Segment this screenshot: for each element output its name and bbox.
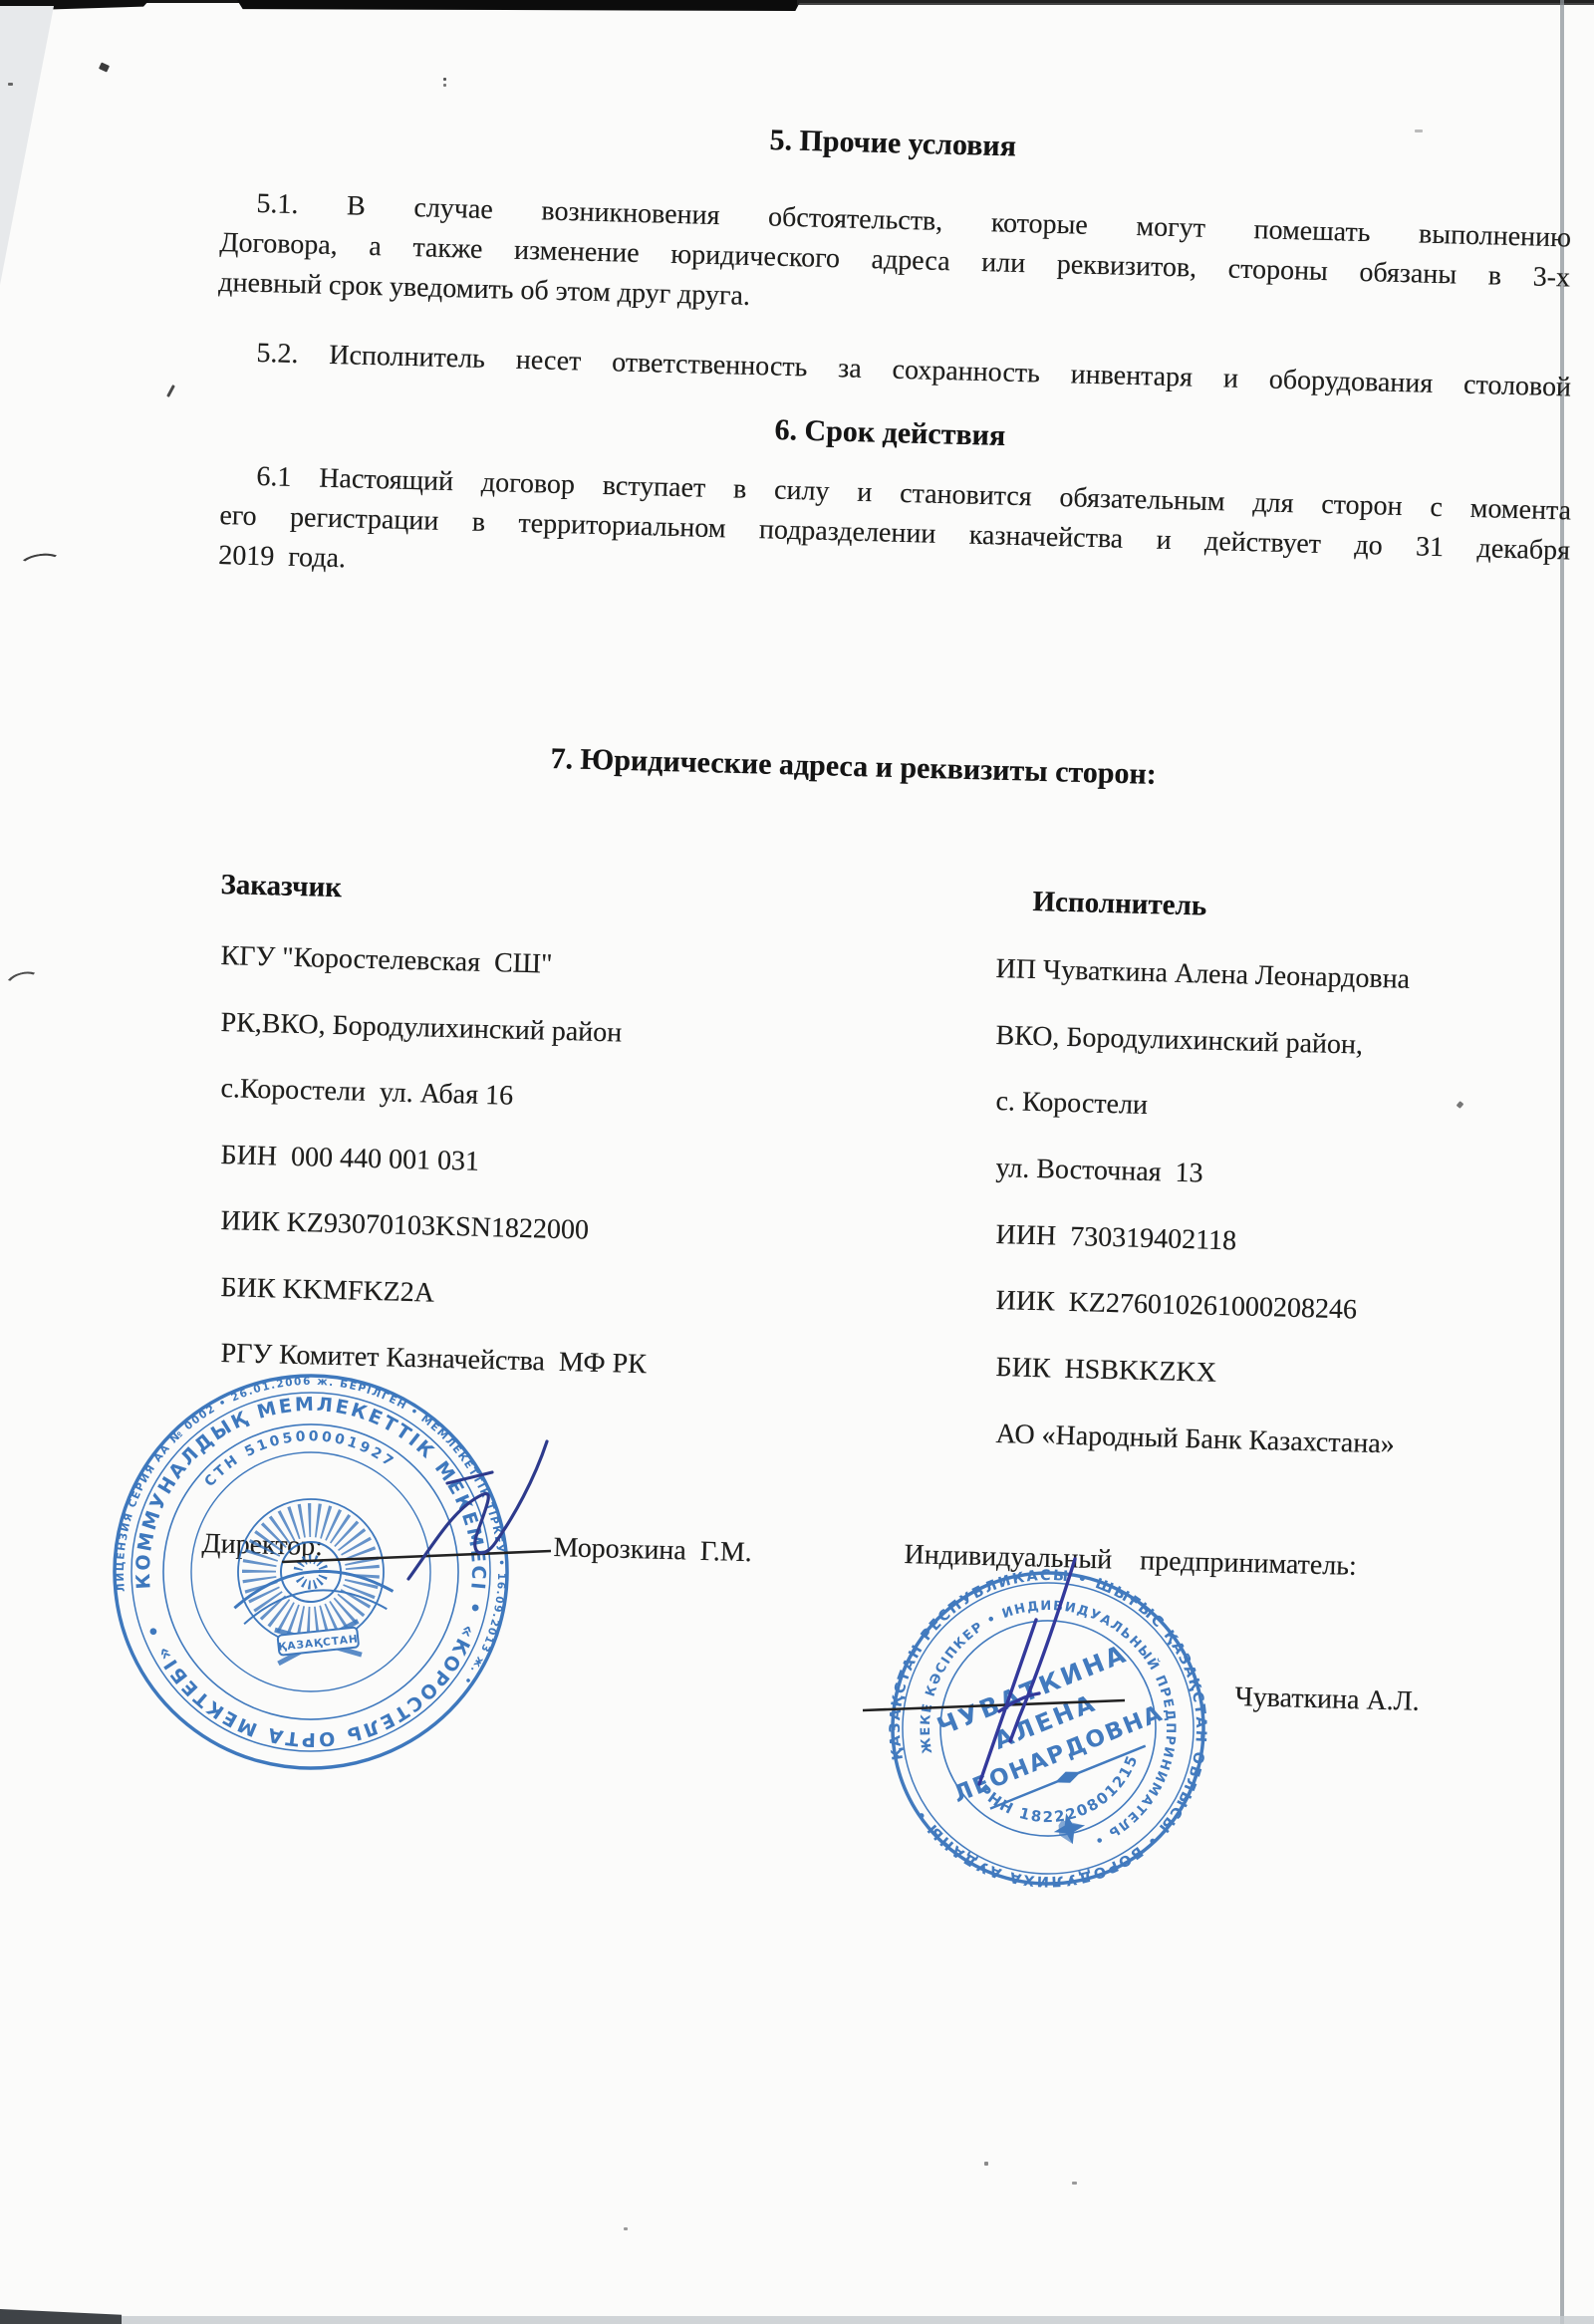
contractor-line: с. Коростели (995, 1086, 1148, 1122)
scan-arc-mark (1, 967, 47, 1003)
stamp-name-line: ЛЕОНАРДОВНА (949, 1700, 1167, 1808)
star-shape (1050, 1810, 1088, 1848)
stamp-main-ring-textpath: КОММУНАЛДЫҚ МЕМЛЕКЕТТІК МЕКЕМЕСІ • «КОРО… (115, 1376, 507, 1768)
clause-5-2: 5.2. Исполнитель несет ответственность з… (220, 333, 1572, 407)
customer-line: БИК KKMFKZ2A (220, 1272, 434, 1310)
scan-arc-mark (17, 551, 66, 580)
stamp-ring (876, 1556, 1220, 1901)
contractor-line: БИК HSBKKZKX (995, 1352, 1216, 1390)
emblem-wing (241, 1583, 387, 1624)
director-signature (408, 1441, 547, 1579)
section-5-heading: 5. Прочие условия (769, 124, 1016, 163)
entrepreneur-stamp: ҚАЗАҚСТАН РЕСПУБЛИКАСЫ • ШЫҒЫС ҚАЗАҚСТАН… (858, 1538, 1238, 1919)
contractor-line: ВКО, Бородулихинский район, (995, 1020, 1363, 1062)
emblem-caption: ҚАЗАҚСТАН (278, 1633, 360, 1653)
scan-top-band-right (797, 0, 1594, 5)
stamp-name-line: ЧУВАТКИНА (933, 1639, 1133, 1741)
emblem-banner (277, 1627, 359, 1655)
customer-line: КГУ "Коростелевская СШ" (220, 940, 553, 981)
scan-corner-shadow (0, 6, 60, 285)
emblem-ring (231, 1492, 391, 1652)
contractor-line: ИП Чуваткина Алена Леонардовна (995, 953, 1410, 996)
stamp-name-underline (990, 1746, 1146, 1809)
stamp-ring (179, 1440, 442, 1703)
stamp-rnn-textpath: РНН 182220801215 (972, 1748, 1152, 1842)
stamp-underline-diamond (1053, 1766, 1083, 1788)
scan-speck (8, 83, 13, 86)
star-icon (1050, 1810, 1088, 1848)
customer-line: ИИК KZ93070103KSN1822000 (220, 1205, 589, 1247)
scan-speck (166, 385, 175, 397)
contractor-line: ИИК KZ276010261000208246 (995, 1285, 1357, 1326)
clause-6-1: 6.1 Настоящий договор вступает в силу и … (218, 456, 1572, 611)
customer-line: РГУ Комитет Казначейства МФ РК (220, 1338, 647, 1381)
contractor-line: ИИН 730319402118 (995, 1219, 1236, 1257)
emblem-cross (275, 1621, 362, 1664)
director-label: Директор: (201, 1528, 323, 1563)
stamp-ring (921, 1601, 1176, 1856)
signature-stroke (447, 1472, 492, 1483)
school-stamp: ЛИЦЕНЗИЯ СЕРИЯ АА № 0002 • 26.01.2006 ж.… (95, 1356, 526, 1787)
contractor-line: АО «Народный Банк Казахстана» (995, 1419, 1395, 1460)
stamp-inner-ring-text: ЖЕКЕ КӘСІПКЕР • ИНДИВИДУАЛЬНЫЙ ПРЕДПРИНИ… (895, 1575, 1201, 1881)
signature-stroke (999, 1693, 1039, 1711)
stamp-ring (148, 1410, 472, 1733)
customer-line: с.Коростели ул. Абая 16 (220, 1073, 513, 1113)
customer-line: БИН 000 440 001 031 (220, 1140, 479, 1178)
stamp-ring (114, 1375, 508, 1769)
scanned-contract-page: 5. Прочие условия 5.1. В случае возникно… (0, 0, 1594, 2324)
stamp-ring (864, 1544, 1232, 1913)
section-6-heading: 6. Срок действия (774, 413, 1005, 453)
stamp-stn-textpath: СТН 510500001927 (197, 1420, 399, 1491)
scan-bottom-edge (0, 2316, 1594, 2324)
stamp-outer-ring-textpath: ҚАЗАҚСТАН РЕСПУБЛИКАСЫ • ШЫҒЫС ҚАЗАҚСТАН… (858, 1538, 1238, 1919)
stamp-rnn-text: РНН 182220801215 (972, 1748, 1152, 1842)
entrepreneur-signature-line (863, 1700, 1125, 1710)
stamp-main-ring-text: КОММУНАЛДЫҚ МЕМЛЕКЕТТІК МЕКЕМЕСІ • «КОРО… (115, 1376, 507, 1768)
stamp-ring (95, 1356, 526, 1787)
stamp-stn-text: СТН 510500001927 (197, 1420, 399, 1491)
kazakhstan-emblem-icon: ҚАЗАҚСТАН (224, 1491, 399, 1668)
scan-speck (1072, 2182, 1077, 2185)
contractor-title: Исполнитель (1032, 886, 1206, 923)
stamp-outer-ring-text: ҚАЗАҚСТАН РЕСПУБЛИКАСЫ • ШЫҒЫС ҚАЗАҚСТАН… (858, 1538, 1238, 1919)
stamp-name-line: АЛЕНА (990, 1688, 1101, 1755)
scan-speck (1415, 129, 1423, 132)
clause-5-2-line: 5.2. Исполнитель несет ответственность з… (220, 333, 1572, 407)
stamp-inner-ring-textpath: ЖЕКЕ КӘСІПКЕР • ИНДИВИДУАЛЬНЫЙ ПРЕДПРИНИ… (895, 1575, 1201, 1881)
customer-line: РК,ВКО, Бородулихинский район (220, 1007, 622, 1050)
scan-right-edge-line (1560, 0, 1564, 2324)
scan-speck (443, 78, 446, 81)
signature-stroke (408, 1441, 547, 1579)
scan-bottom-corner (0, 2301, 122, 2324)
scan-speck (984, 2162, 988, 2166)
scan-speck (99, 62, 110, 72)
stamp-owner-name: ЧУВАТКИНА АЛЕНА ЛЕОНАРДОВНА (924, 1635, 1175, 1825)
emblem-wing (231, 1564, 393, 1609)
clause-5-1: 5.1. В случае возникновения обстоятельст… (218, 183, 1572, 338)
scan-speck (1457, 1101, 1464, 1109)
section-7-heading: 7. Юридические адреса и реквизиты сторон… (550, 742, 1157, 792)
entrepreneur-signature (979, 1559, 1075, 1784)
scan-top-band-mid (237, 0, 801, 13)
customer-title: Заказчик (220, 869, 342, 904)
star-shape (1054, 1814, 1084, 1844)
signature-stroke (979, 1620, 1036, 1784)
entrepreneur-name: Чуваткина А.Л. (1234, 1681, 1420, 1718)
entrepreneur-label: Индивидуальный предприниматель: (904, 1539, 1357, 1583)
contractor-line: ул. Восточная 13 (995, 1153, 1203, 1189)
scan-speck (624, 2227, 628, 2230)
director-name: Морозкина Г.М. (553, 1532, 752, 1569)
signature-stroke (1010, 1559, 1075, 1741)
